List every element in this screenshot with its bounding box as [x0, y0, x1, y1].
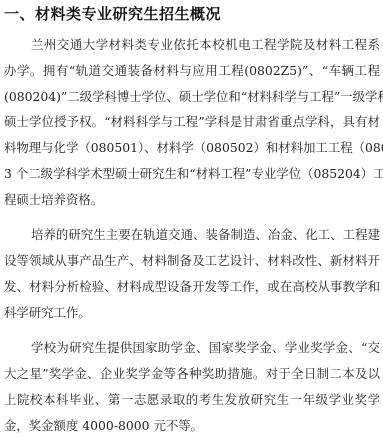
- paragraph-3-line-4: 金，奖金额度 4000-8000 元不等。: [4, 417, 380, 435]
- paragraph-1-line-5: 料物理与化学（080501）、材料学（080502）和材料加工工程（080503…: [4, 139, 380, 157]
- paragraph-2-line-4: 科学研究工作。: [4, 304, 380, 322]
- paragraph-2-line-1: 培养的研究生主要在轨道交通、装备制造、冶金、化工、工程建: [31, 226, 380, 244]
- paragraph-1-line-1: 兰州交通大学材料类专业依托本校机电工程学院及材料工程系: [31, 36, 380, 54]
- paragraph-2-line-2: 设等领域从事产品生产、材料制备及工艺设计、材料改性、新材料开: [4, 252, 380, 270]
- paragraph-3-line-1: 学校为研究生提供国家助学金、国家奖学金、学业奖学金、“交: [31, 339, 380, 357]
- section-heading: 一、材料类专业研究生招生概况: [4, 4, 221, 24]
- paragraph-1-line-2: 办学。拥有“轨道交通装备材料与应用工程(0802Z5)”、“车辆工程: [4, 62, 380, 80]
- paragraph-1-line-3: (080204)”二级学科博士学位、硕士学位和“材料科学与工程”一级学科: [4, 88, 380, 106]
- paragraph-3-line-3: 上院校本科毕业、第一志愿录取的考生发放研究生一年级学业奖学: [4, 391, 380, 409]
- paragraph-3-line-2: 大之星”奖学金、企业奖学金等各种奖助措施。对于全日制二本及以: [4, 365, 380, 383]
- paragraph-1-line-6: 3 个二级学科学术型硕士研究生和“材料工程”专业学位（085204）工: [4, 165, 380, 183]
- paragraph-2-line-3: 发、材料分析检验、材料成型设备开发等工作，或在高校从事教学和: [4, 278, 380, 296]
- document-page: 一、材料类专业研究生招生概况 兰州交通大学材料类专业依托本校机电工程学院及材料工…: [0, 0, 383, 440]
- paragraph-1-line-4: 硕士学位授予权。“材料科学与工程”学科是甘肃省重点学科，具有材: [4, 113, 380, 131]
- paragraph-1-line-7: 程硕士培养资格。: [4, 191, 380, 209]
